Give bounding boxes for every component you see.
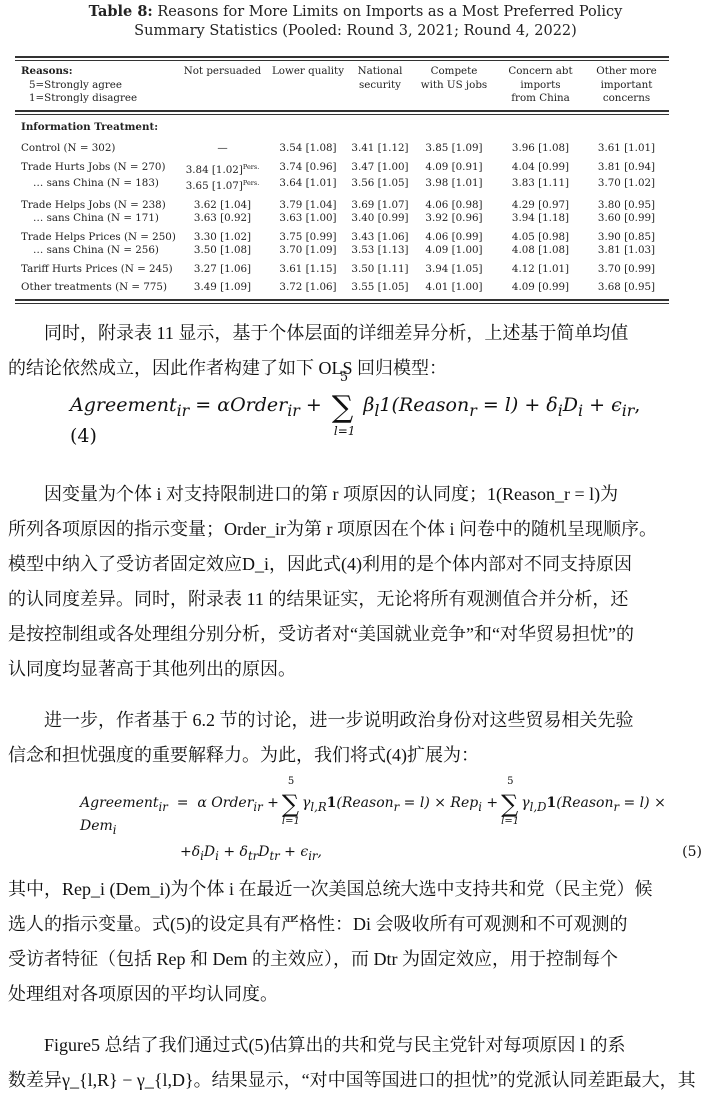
col-national-security: Nationalsecurity [349, 61, 411, 110]
table-row: … sans China (N = 183)3.65 [1.07]Pers.3.… [15, 177, 669, 194]
row-label: … sans China (N = 171) [15, 212, 178, 226]
table-cell: 3.84 [1.02]Pers. [178, 156, 267, 178]
table-row: Other treatments (N = 775)3.49 [1.09]3.7… [15, 276, 669, 295]
table-cell: 3.63 [0.92] [178, 212, 267, 226]
table-cell: 3.74 [0.96] [267, 156, 349, 178]
table-row: … sans China (N = 256)3.50 [1.08]3.70 [1… [15, 244, 669, 258]
table-cell: 3.83 [1.11] [497, 177, 584, 194]
caption-line-1: Table 8: Reasons for More Limits on Impo… [0, 2, 711, 22]
table-cell: 3.60 [0.99] [584, 212, 669, 226]
table-cell: 3.56 [1.05] [349, 177, 411, 194]
table-cell: 3.61 [1.01] [584, 137, 669, 156]
table-cell: 3.92 [0.96] [411, 212, 497, 226]
table-cell: 3.53 [1.13] [349, 244, 411, 258]
row-label: Trade Helps Jobs (N = 238) [15, 194, 178, 213]
paragraph-3: 进一步，作者基于 6.2 节的讨论，进一步说明政治身份对这些贸易相关先验 信念和… [8, 703, 698, 773]
table-cell: — [178, 137, 267, 156]
table-cell: 3.81 [1.03] [584, 244, 669, 258]
table-row: Control (N = 302)—3.54 [1.08]3.41 [1.12]… [15, 137, 669, 156]
table-cell: 3.65 [1.07]Pers. [178, 177, 267, 194]
table-row: Tariff Hurts Prices (N = 245)3.27 [1.06]… [15, 258, 669, 277]
caption-title: Reasons for More Limits on Imports as a … [157, 4, 622, 20]
table-cell: 4.01 [1.00] [411, 276, 497, 295]
row-label: Control (N = 302) [15, 137, 178, 156]
table-cell: 3.61 [1.15] [267, 258, 349, 277]
row-label: … sans China (N = 183) [15, 177, 178, 194]
col-concern-china: Concern abtimportsfrom China [497, 61, 584, 110]
equation-5: Agreementir = α Orderir +∑5l=1γl,R1(Reas… [80, 790, 706, 837]
table-row: Trade Helps Prices (N = 250)3.30 [1.02]3… [15, 226, 669, 245]
table-cell: 4.06 [0.98] [411, 194, 497, 213]
table-cell: 3.80 [0.95] [584, 194, 669, 213]
table-cell: 3.81 [0.94] [584, 156, 669, 178]
table-cell: 3.55 [1.05] [349, 276, 411, 295]
table-cell: 4.09 [0.91] [411, 156, 497, 178]
table-cell: 3.70 [0.99] [584, 258, 669, 277]
table-cell: 3.69 [1.07] [349, 194, 411, 213]
table-row: … sans China (N = 171)3.63 [0.92]3.63 [1… [15, 212, 669, 226]
col-compete-jobs: Competewith US jobs [411, 61, 497, 110]
table-cell: 4.08 [1.08] [497, 244, 584, 258]
data-table: Reasons: 5=Strongly agree 1=Strongly dis… [15, 61, 669, 295]
table-cell: 3.62 [1.04] [178, 194, 267, 213]
equation-5-line-1: Agreementir = α Orderir +∑5l=1γl,R1(Reas… [80, 790, 706, 837]
table-cell: 4.09 [0.99] [497, 276, 584, 295]
table-cell: 3.68 [0.95] [584, 276, 669, 295]
summary-table: Reasons: 5=Strongly agree 1=Strongly dis… [15, 56, 669, 304]
row-label: Trade Helps Prices (N = 250) [15, 226, 178, 245]
table-cell: 3.47 [1.00] [349, 156, 411, 178]
table-cell: 3.40 [0.99] [349, 212, 411, 226]
table-cell: 3.75 [0.99] [267, 226, 349, 245]
row-label: Tariff Hurts Prices (N = 245) [15, 258, 178, 277]
section-row: Information Treatment: [15, 115, 669, 138]
table-cell: 4.29 [0.97] [497, 194, 584, 213]
table-cell: 3.94 [1.05] [411, 258, 497, 277]
table-cell: 3.30 [1.02] [178, 226, 267, 245]
table-cell: 3.70 [1.09] [267, 244, 349, 258]
paragraph-1: 同时，附录表 11 显示，基于个体层面的详细差异分析，上述基于简单均值 的结论依… [8, 316, 698, 386]
table-cell: 3.50 [1.11] [349, 258, 411, 277]
table-cell: 3.41 [1.12] [349, 137, 411, 156]
table-cell: 3.64 [1.01] [267, 177, 349, 194]
table-cell: 4.09 [1.00] [411, 244, 497, 258]
table-caption: Table 8: Reasons for More Limits on Impo… [0, 2, 711, 41]
paragraph-2: 因变量为个体 i 对支持限制进口的第 r 项原因的认同度；1(Reason_r … [8, 477, 698, 687]
caption-subtitle: Summary Statistics (Pooled: Round 3, 202… [0, 22, 711, 41]
table-cell: 4.06 [0.99] [411, 226, 497, 245]
table-row: Trade Hurts Jobs (N = 270)3.84 [1.02]Per… [15, 156, 669, 178]
table-cell: 4.04 [0.99] [497, 156, 584, 178]
table-cell: 3.98 [1.01] [411, 177, 497, 194]
sum-symbol: ∑5l=1 [332, 390, 353, 425]
table-cell: 3.96 [1.08] [497, 137, 584, 156]
stub-header: Reasons: 5=Strongly agree 1=Strongly dis… [15, 61, 178, 110]
table-row: Trade Helps Jobs (N = 238)3.62 [1.04]3.7… [15, 194, 669, 213]
paragraph-5: Figure5 总结了我们通过式(5)估算出的共和党与民主党针对每项原因 l 的… [8, 1028, 698, 1098]
header-row: Reasons: 5=Strongly agree 1=Strongly dis… [15, 61, 669, 110]
col-not-persuaded: Not persuaded [178, 61, 267, 110]
caption-label: Table 8: [89, 3, 153, 20]
table-cell: 3.79 [1.04] [267, 194, 349, 213]
row-label: … sans China (N = 256) [15, 244, 178, 258]
table-cell: 3.85 [1.09] [411, 137, 497, 156]
bottom-rule [15, 299, 669, 304]
equation-4: Agreementir = αOrderir + ∑5l=1 βl1(Reaso… [70, 390, 650, 447]
equation-5-line-2: +δiDi + δtrDtr + ϵir, [180, 844, 322, 863]
persuaded-marker: Pers. [243, 163, 259, 171]
table-cell: 4.05 [0.98] [497, 226, 584, 245]
table-cell: 4.12 [1.01] [497, 258, 584, 277]
row-label: Trade Hurts Jobs (N = 270) [15, 156, 178, 178]
table-cell: 3.70 [1.02] [584, 177, 669, 194]
equation-5-number: (5) [682, 844, 702, 860]
persuaded-marker: Pers. [243, 179, 259, 187]
col-lower-quality: Lower quality [267, 61, 349, 110]
table-cell: 3.54 [1.08] [267, 137, 349, 156]
table-cell: 3.43 [1.06] [349, 226, 411, 245]
table-cell: 3.49 [1.09] [178, 276, 267, 295]
col-other-concerns: Other moreimportantconcerns [584, 61, 669, 110]
table-cell: 3.63 [1.00] [267, 212, 349, 226]
table-cell: 3.90 [0.85] [584, 226, 669, 245]
table-cell: 3.27 [1.06] [178, 258, 267, 277]
paragraph-4: 其中，Rep_i (Dem_i)为个体 i 在最近一次美国总统大选中支持共和党（… [8, 872, 698, 1012]
table-cell: 3.50 [1.08] [178, 244, 267, 258]
row-label: Other treatments (N = 775) [15, 276, 178, 295]
table-cell: 3.72 [1.06] [267, 276, 349, 295]
table-cell: 3.94 [1.18] [497, 212, 584, 226]
